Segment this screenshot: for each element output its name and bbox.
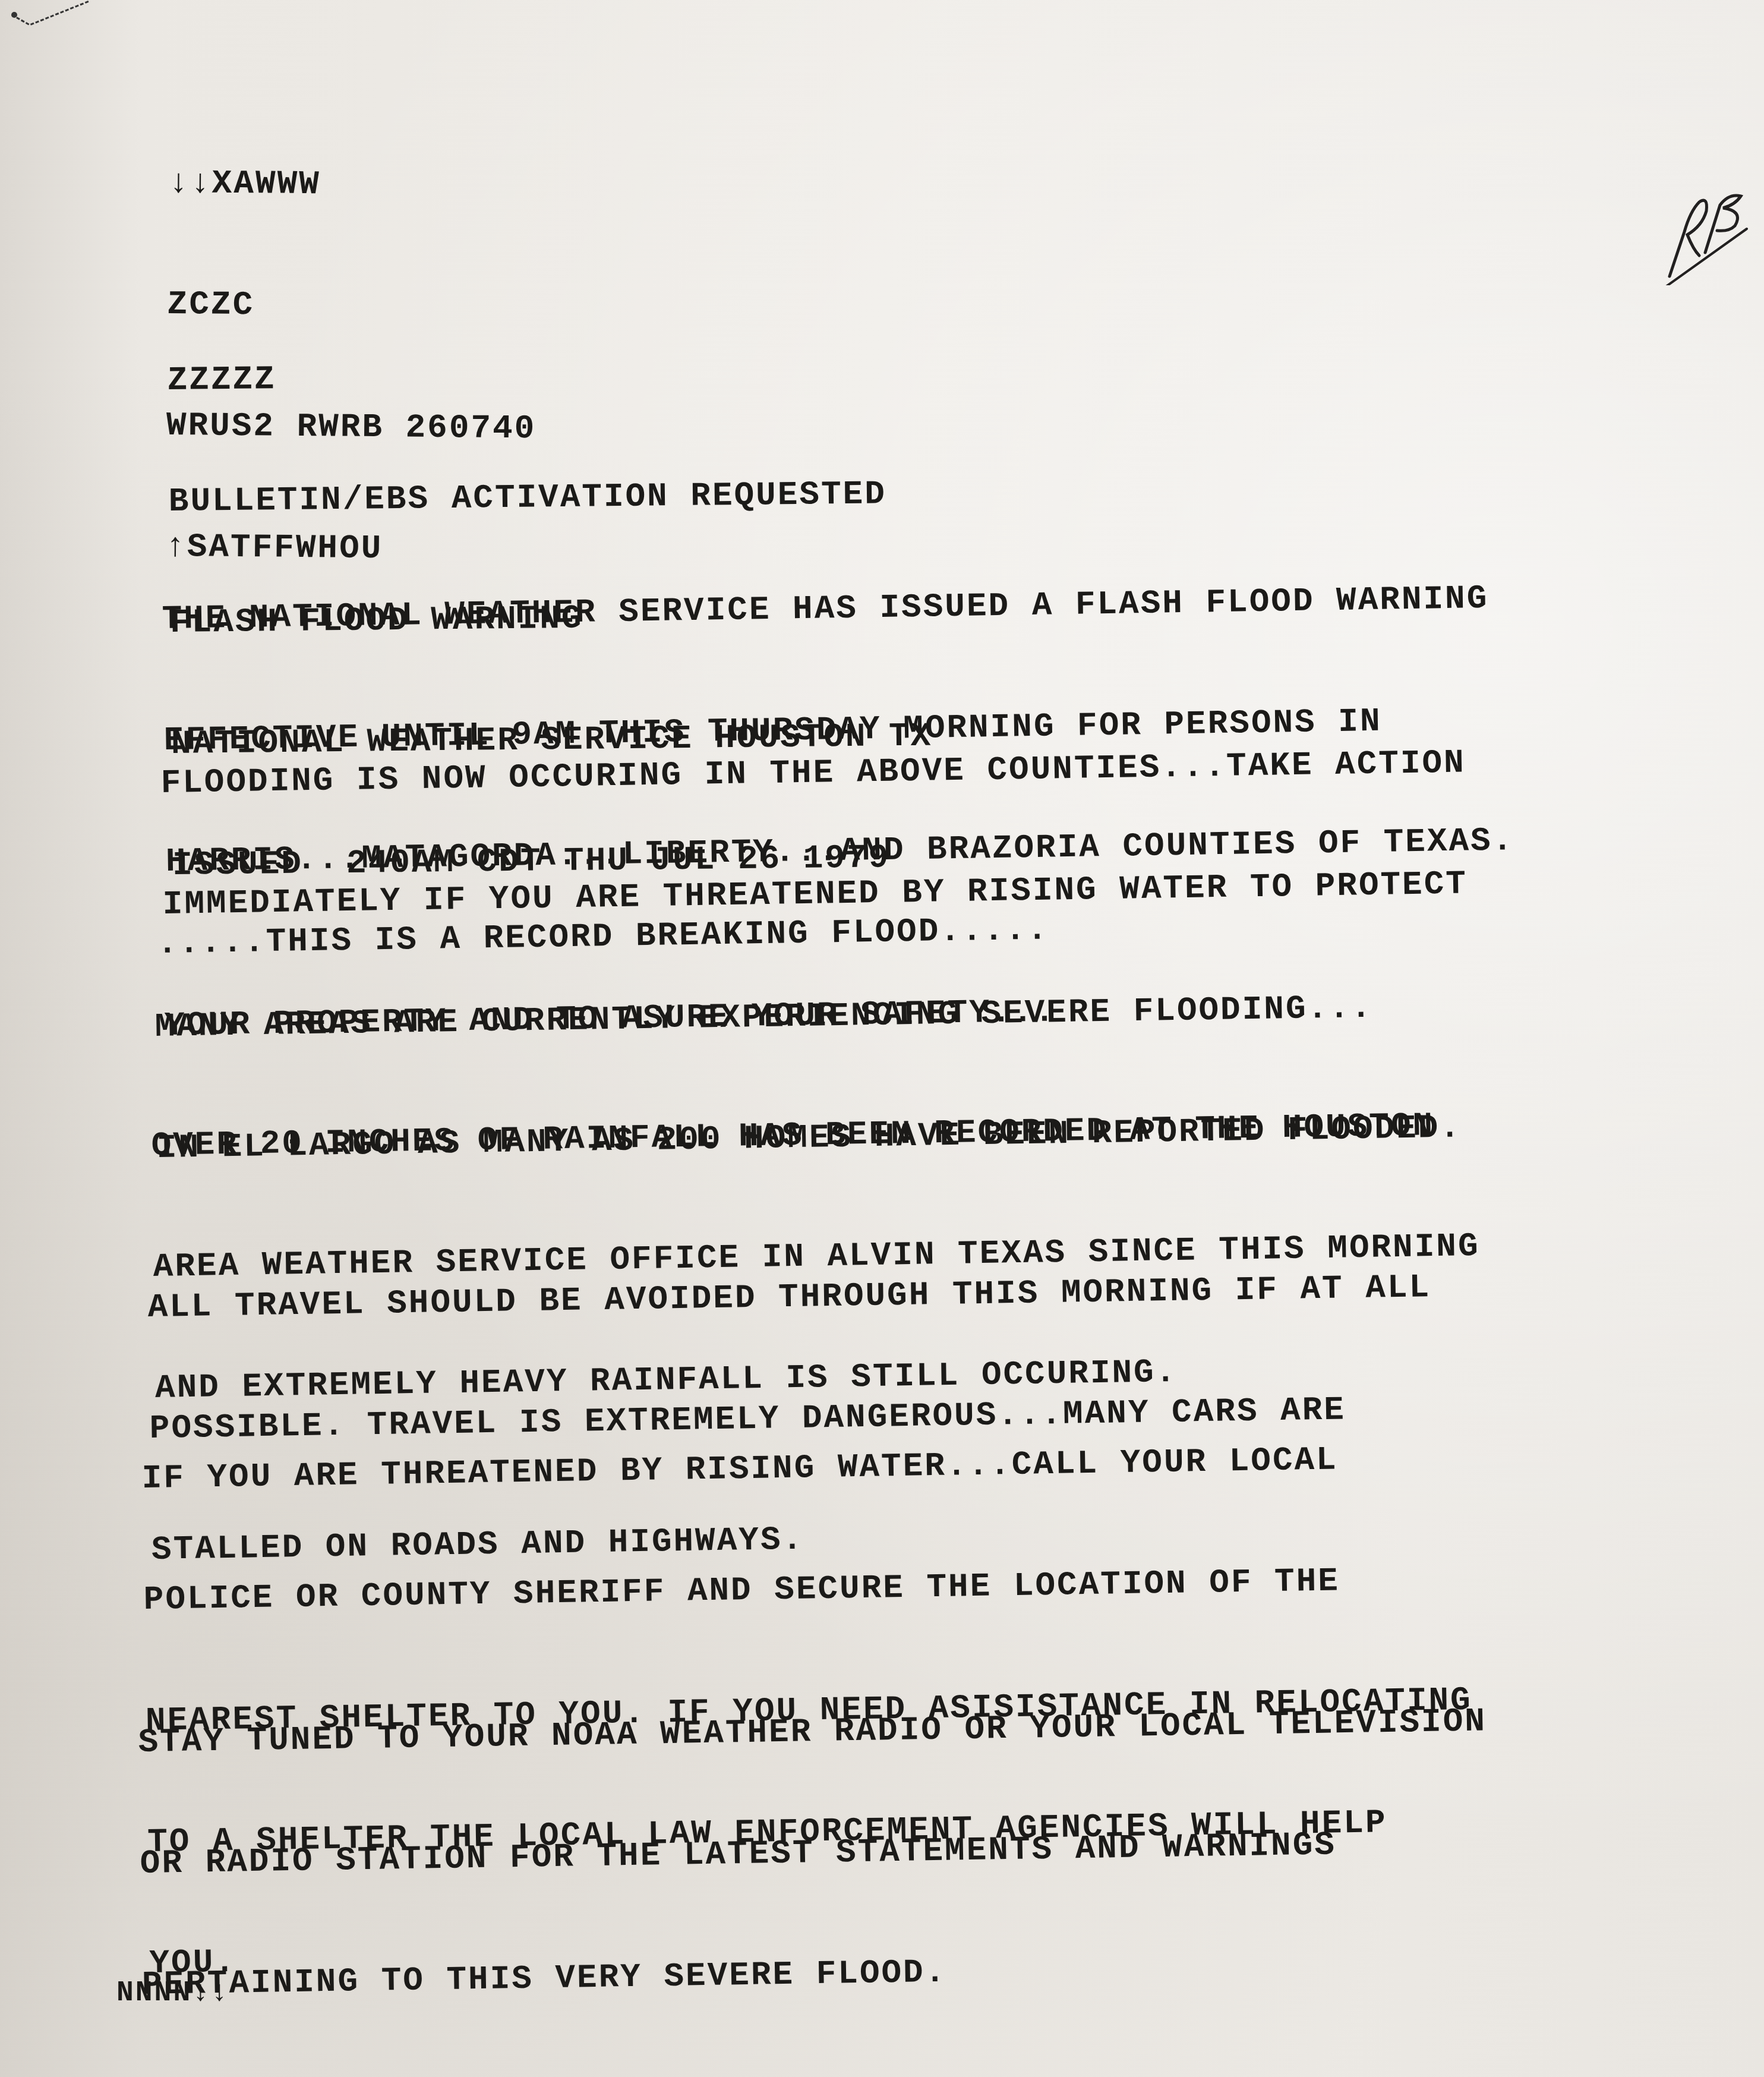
paragraph-stay-tuned: STAY TUNED TO YOUR NOAA WEATHER RADIO OR… <box>137 1620 1491 2046</box>
handwritten-initials: RB <box>1634 178 1753 285</box>
text-line: THE NATIONAL WEATHER SERVICE HAS ISSUED … <box>162 578 1510 639</box>
text-line: STAY TUNED TO YOUR NOAA WEATHER RADIO OR… <box>138 1701 1487 1763</box>
text-line: OR RADIO STATION FOR THE LATEST STATEMEN… <box>140 1822 1488 1884</box>
header-line: ↓↓XAWWW <box>168 163 538 206</box>
text-line: PERTAINING TO THIS VERY SEVERE FLOOD. <box>142 1943 1491 2005</box>
text-line: ALL TRAVEL SHOULD BE AVOIDED THROUGH THI… <box>147 1267 1431 1328</box>
text-line: POLICE OR COUNTY SHERIFF AND SECURE THE … <box>143 1559 1470 1620</box>
pen-stroke-mark <box>6 0 89 30</box>
text-line: OVER 20 INCHES OF RAINFALL HAS BEEN RECO… <box>151 1105 1478 1166</box>
text-line: FLOODING IS NOW OCCURING IN THE ABOVE CO… <box>160 742 1466 803</box>
teletype-footer: NNNN↓↓ <box>116 1973 230 2013</box>
text-line: IF YOU ARE THREATENED BY RISING WATER...… <box>141 1438 1469 1499</box>
title-line: ZZZZZ <box>167 352 929 401</box>
